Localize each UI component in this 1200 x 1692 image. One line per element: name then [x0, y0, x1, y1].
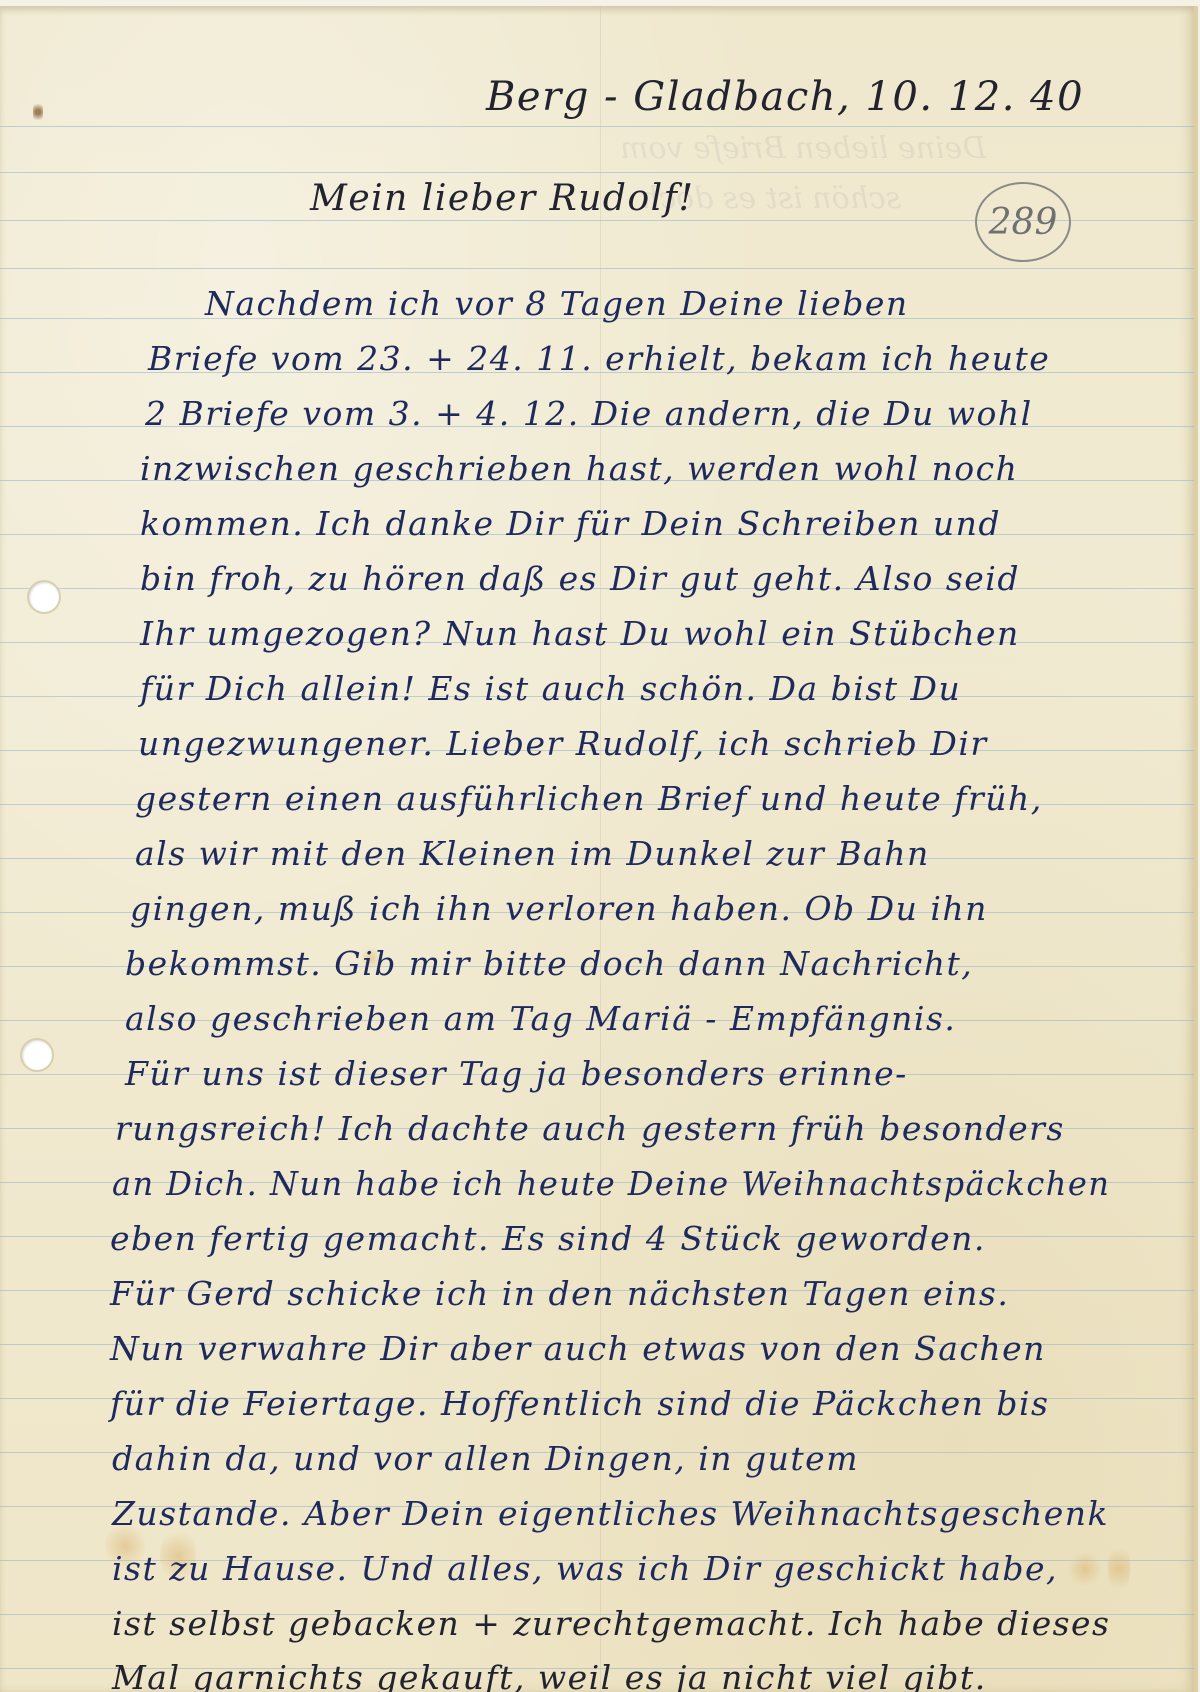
punch-hole — [29, 582, 59, 612]
body-line: für Dich allein! Es ist auch schön. Da b… — [140, 669, 961, 708]
punch-hole — [22, 1040, 52, 1070]
body-line: als wir mit den Kleinen im Dunkel zur Ba… — [135, 834, 930, 873]
body-line: ist selbst gebacken + zurechtgemacht. Ic… — [112, 1604, 1110, 1643]
body-line: rungsreich! Ich dachte auch gestern früh… — [115, 1109, 1065, 1148]
body-line: gingen, muß ich ihn verloren haben. Ob D… — [130, 889, 988, 928]
letter-place-date: Berg - Gladbach, 10. 12. 40 — [486, 74, 1084, 120]
show-through-text: Deine lieben Briefe vom — [620, 131, 986, 166]
ink-spot — [33, 101, 43, 123]
foxing-stain — [1108, 1541, 1130, 1596]
body-line: Nun verwahre Dir aber auch etwas von den… — [110, 1329, 1046, 1368]
body-line: kommen. Ich danke Dir für Dein Schreiben… — [140, 504, 1001, 543]
body-line: eben fertig gemacht. Es sind 4 Stück gew… — [110, 1219, 986, 1258]
body-line: ungezwungener. Lieber Rudolf, ich schrie… — [138, 724, 988, 763]
body-line: Zustande. Aber Dein eigentliches Weihnac… — [112, 1494, 1109, 1533]
body-line: bin froh, zu hören daß es Dir gut geht. … — [140, 559, 1020, 598]
body-line: gestern einen ausführlichen Brief und he… — [135, 779, 1043, 818]
body-line: inzwischen geschrieben hast, werden wohl… — [140, 449, 1018, 488]
body-line: ist zu Hause. Und alles, was ich Dir ges… — [112, 1549, 1058, 1588]
body-line: an Dich. Nun habe ich heute Deine Weihna… — [112, 1164, 1110, 1203]
body-line: für die Feiertage. Hoffentlich sind die … — [110, 1384, 1049, 1423]
body-line: also geschrieben am Tag Mariä - Empfängn… — [125, 999, 956, 1038]
ruled-line — [0, 172, 1194, 173]
body-line: Nachdem ich vor 8 Tagen Deine lieben — [205, 284, 909, 323]
body-line: Briefe vom 23. + 24. 11. erhielt, bekam … — [148, 339, 1050, 378]
body-line: 2 Briefe vom 3. + 4. 12. Die andern, die… — [145, 394, 1033, 433]
body-line: Für Gerd schicke ich in den nächsten Tag… — [110, 1274, 1009, 1313]
salutation: Mein lieber Rudolf! — [310, 178, 694, 219]
ruled-line — [0, 268, 1194, 269]
body-line: dahin da, und vor allen Dingen, in gutem — [112, 1439, 859, 1478]
body-line: Mal garnichts gekauft, weil es ja nicht … — [112, 1658, 987, 1692]
archive-number: 289 — [989, 202, 1058, 243]
letter-sheet: Deine lieben Briefe vom schön ist es doc… — [0, 6, 1198, 1692]
foxing-stain — [1068, 1551, 1102, 1587]
body-line: Für uns ist dieser Tag ja besonders erin… — [125, 1054, 908, 1093]
ruled-line — [0, 126, 1194, 127]
body-line: bekommst. Gib mir bitte doch dann Nachri… — [125, 944, 973, 983]
archive-number-stamp: 289 — [975, 182, 1071, 262]
body-line: Ihr umgezogen? Nun hast Du wohl ein Stüb… — [140, 614, 1020, 653]
